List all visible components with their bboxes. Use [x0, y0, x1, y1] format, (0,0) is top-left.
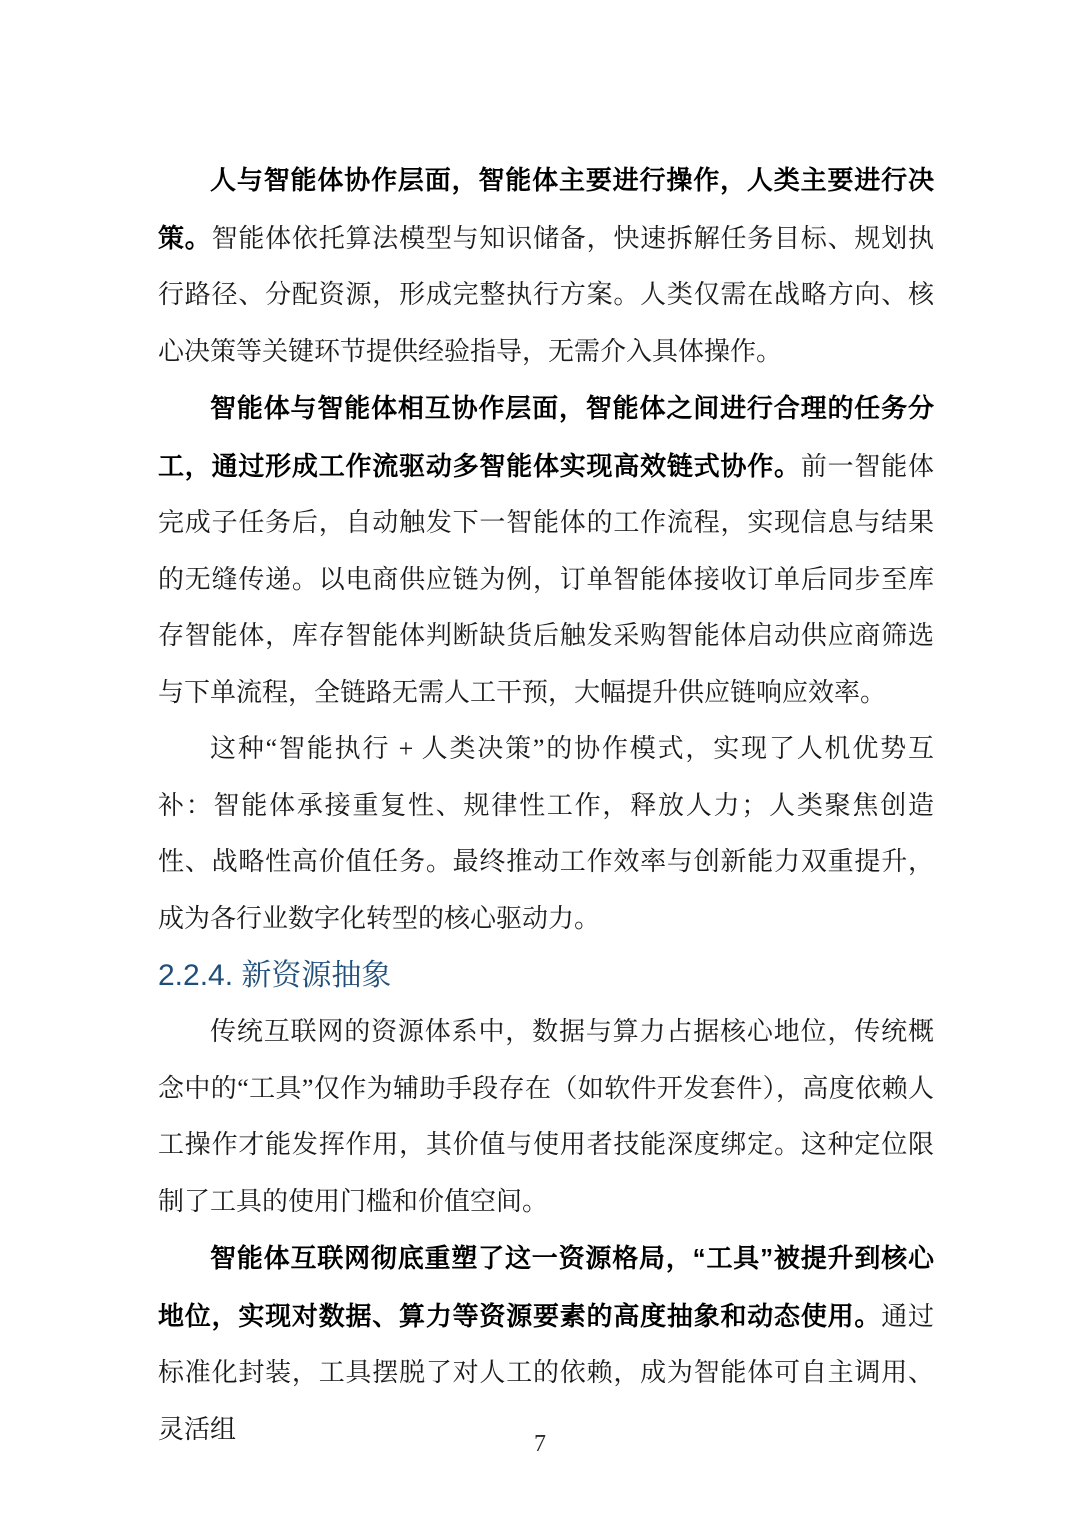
body-paragraph: 传统互联网的资源体系中，数据与算力占据核心地位，传统概念中的“工具”仅作为辅助手…	[158, 1004, 934, 1230]
body-paragraph: 人与智能体协作层面，智能体主要进行操作，人类主要进行决策。智能体依托算法模型与知…	[158, 152, 934, 380]
text-run: 传统互联网的资源体系中，数据与算力占据核心地位，传统概念中的“工具”仅作为辅助手…	[158, 1017, 934, 1216]
body-paragraph: 智能体与智能体相互协作层面，智能体之间进行合理的任务分工，通过形成工作流驱动多智…	[158, 380, 934, 721]
text-run: 这种“智能执行 + 人类决策”的协作模式，实现了人机优势互补：智能体承接重复性、…	[158, 734, 934, 933]
body-paragraph: 智能体互联网彻底重塑了这一资源格局，“工具”被提升到核心地位，实现对数据、算力等…	[158, 1230, 934, 1458]
body-paragraph: 这种“智能执行 + 人类决策”的协作模式，实现了人机优势互补：智能体承接重复性、…	[158, 721, 934, 947]
text-run: 前一智能体完成子任务后，自动触发下一智能体的工作流程，实现信息与结果的无缝传递。…	[158, 452, 934, 707]
bold-text-run: 智能体互联网彻底重塑了这一资源格局，“工具”被提升到核心地位，实现对数据、算力等…	[158, 1243, 934, 1331]
page-number: 7	[0, 1431, 1080, 1458]
document-body: 人与智能体协作层面，智能体主要进行操作，人类主要进行决策。智能体依托算法模型与知…	[158, 152, 934, 1458]
section-heading: 2.2.4. 新资源抽象	[158, 947, 934, 1004]
text-run: 智能体依托算法模型与知识储备，快速拆解任务目标、规划执行路径、分配资源，形成完整…	[158, 224, 934, 366]
document-page: 人与智能体协作层面，智能体主要进行操作，人类主要进行决策。智能体依托算法模型与知…	[0, 0, 1080, 1526]
